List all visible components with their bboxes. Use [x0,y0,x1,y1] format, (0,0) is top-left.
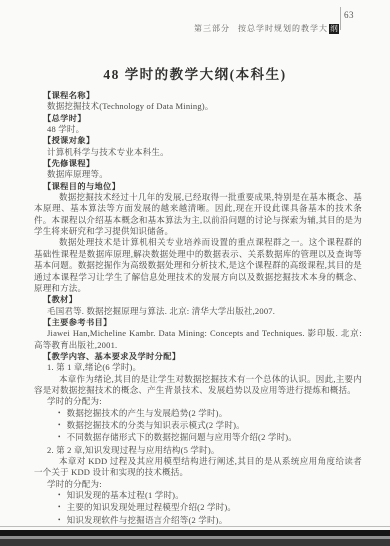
text-line: 48 学时。 [34,124,362,135]
bullet-text: 不同数据存储形式下的数据挖掘问题与应用等介绍(2 学时)。 [67,432,297,442]
bullet-text: 数据挖掘技术的产生与发展趋势(2 学时)。 [67,408,228,418]
bullet-icon: • [58,502,61,513]
bullet-icon: • [58,515,61,526]
section-heading: 【教学内容、基本要求及学时分配】 [34,351,362,362]
text-line: •主要的知识发现处理过程模型介绍(2 学时)。 [34,502,362,514]
bullet-text: 主要的知识发现处理过程模型介绍(2 学时)。 [67,502,236,512]
text-line: •数据挖掘技术的产生与发展趋势(2 学时)。 [34,408,362,420]
scan-edge-faint-line [0,526,390,527]
page-title: 48 学时的教学大纲(本科生) [0,63,390,83]
scan-edge-dark-band [0,539,390,546]
section-heading: 【总学时】 [34,113,362,124]
running-head: 第三部分 按总学时规划的教学大 纲 [194,23,339,34]
running-head-section: 第三部分 [194,23,230,34]
bullet-text: 知识发现的基本过程(1 学时)。 [67,490,184,500]
text-line: 数据挖掘技术经过十几年的发展,已经取得一批重要成果,特别是在基本概念、基本原理、… [34,192,362,237]
running-head-title: 按总学时规划的教学大 [238,23,328,34]
text-line: 数据处理技术是计算机相关专业培养而设置的重点课程群之一。这个课程群的基础性课程是… [34,237,362,294]
bullet-icon: • [58,490,61,501]
text-line: 数据库原理等。 [34,169,362,180]
page-number: 63 [344,10,354,20]
section-heading: 【课程目的与地位】 [34,181,362,192]
bullet-icon: • [58,432,61,443]
text-line: 1. 第 1 章,绪论(6 学时)。 [34,362,362,373]
section-heading: 【教材】 [34,294,362,305]
section-heading: 【课程名称】 [34,90,362,101]
bullet-text: 数据挖掘技术的分类与知识表示模式(2 学时)。 [67,420,245,430]
text-line: 本章对 KDD 过程及其应用模型结构进行阐述,其目的是从系统应用角度给读者一个关… [34,456,362,479]
text-line: 数据挖掘技术(Technology of Data Mining)。 [34,101,362,112]
text-line: 计算机科学与技术专业本科生。 [34,147,362,158]
text-line: •数据挖掘技术的分类与知识表示模式(2 学时)。 [34,420,362,432]
section-heading: 【主要参考书目】 [34,317,362,328]
text-line: Jiawei Han,Micheline Kambr. Data Mining:… [34,328,362,351]
running-head-boxed-char: 纲 [329,24,339,34]
text-line: •不同数据存储形式下的数据挖掘问题与应用等介绍(2 学时)。 [34,432,362,444]
text-line: 学时的分配为: [34,396,362,407]
bullet-icon: • [58,420,61,431]
text-line: 学时的分配为: [34,479,362,490]
text-line: 毛国君等. 数据挖掘原理与算法. 北京: 清华大学出版社,2007. [34,306,362,317]
section-heading: 【先修课程】 [34,158,362,169]
body-content: 【课程名称】数据挖掘技术(Technology of Data Mining)。… [34,90,362,527]
bullet-icon: • [58,408,61,419]
text-line: •知识发现的基本过程(1 学时)。 [34,490,362,502]
bullet-text: 知识发现软件与挖掘语言介绍等(2 学时)。 [67,515,228,525]
text-line: 本章作为绪论,其目的是让学生对数据挖掘技术有一个总体的认识。因此,主要内容是对数… [34,374,362,397]
section-heading: 【授课对象】 [34,135,362,146]
text-line: 2. 第 2 章,知识发现过程与应用结构(5 学时)。 [34,445,362,456]
header-divider-rule [340,7,341,30]
scanned-book-page: 63 第三部分 按总学时规划的教学大 纲 48 学时的教学大纲(本科生) 【课程… [0,0,390,546]
